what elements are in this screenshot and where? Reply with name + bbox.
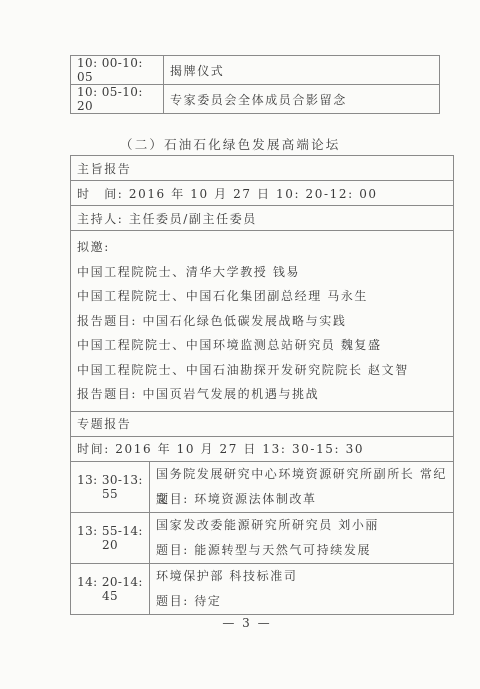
slot-speaker: 国务院发展研究中心环境资源研究所副所长 常纪文 (156, 462, 453, 487)
invite-line: 中国工程院院士、中国石化集团副总经理 马永生 (77, 284, 453, 309)
section-title: （二）石油石化绿色发展高端论坛 (120, 135, 341, 153)
page-number: — 3 — (0, 616, 480, 630)
slot-body: 国家发改委能源研究所研究员 刘小丽 题目: 能源转型与天然气可持续发展 (150, 512, 454, 563)
schedule-item: 揭牌仪式 (164, 56, 440, 85)
schedule-item: 专家委员会全体成员合影留念 (164, 85, 440, 114)
keynote-time: 时 间: 2016 年 10 月 27 日 10: 20-12: 00 (71, 181, 454, 206)
table-row: 13: 55-14: 20 国家发改委能源研究所研究员 刘小丽 题目: 能源转型… (71, 512, 454, 563)
table-row: 10: 00-10: 05 揭牌仪式 (71, 56, 440, 85)
table-row: 主持人: 主任委员/副主任委员 (71, 206, 454, 231)
slot-body: 环境保护部 科技标准司 题目: 待定 (150, 563, 454, 614)
forum-schedule-table: 主旨报告 时 间: 2016 年 10 月 27 日 10: 20-12: 00… (70, 155, 454, 615)
opening-schedule-table: 10: 00-10: 05 揭牌仪式 10: 05-10: 20 专家委员会全体… (70, 55, 440, 114)
schedule-time: 10: 05-10: 20 (71, 85, 164, 114)
table-row: 主旨报告 (71, 156, 454, 181)
invite-line: 中国工程院院士、中国环境监测总站研究员 魏复盛 (77, 333, 453, 358)
invite-line: 中国工程院院士、清华大学教授 钱易 (77, 260, 453, 285)
table-row: 专题报告 (71, 411, 454, 436)
schedule-time: 10: 00-10: 05 (71, 56, 164, 85)
keynote-host: 主持人: 主任委员/副主任委员 (71, 206, 454, 231)
slot-body: 国务院发展研究中心环境资源研究所副所长 常纪文 题目: 环境资源法体制改革 (150, 461, 454, 512)
slot-topic: 题目: 待定 (156, 589, 453, 614)
invite-line: 报告题目: 中国页岩气发展的机遇与挑战 (77, 382, 453, 407)
table-row: 时间: 2016 年 10 月 27 日 13: 30-15: 30 (71, 436, 454, 461)
table-row: 13: 30-13: 55 国务院发展研究中心环境资源研究所副所长 常纪文 题目… (71, 461, 454, 512)
special-time: 时间: 2016 年 10 月 27 日 13: 30-15: 30 (71, 436, 454, 461)
table-row: 10: 05-10: 20 专家委员会全体成员合影留念 (71, 85, 440, 114)
slot-time: 13: 55-14: 20 (71, 512, 150, 563)
slot-speaker: 环境保护部 科技标准司 (156, 564, 453, 589)
table-row: 14: 20-14: 45 环境保护部 科技标准司 题目: 待定 (71, 563, 454, 614)
slot-time: 14: 20-14: 45 (71, 563, 150, 614)
document-page: 10: 00-10: 05 揭牌仪式 10: 05-10: 20 专家委员会全体… (0, 0, 480, 689)
special-header: 专题报告 (71, 411, 454, 436)
slot-time: 13: 30-13: 55 (71, 461, 150, 512)
table-row: 时 间: 2016 年 10 月 27 日 10: 20-12: 00 (71, 181, 454, 206)
table-row: 拟邀: 中国工程院院士、清华大学教授 钱易 中国工程院院士、中国石化集团副总经理… (71, 231, 454, 412)
invite-label: 拟邀: (77, 235, 453, 260)
invite-line: 中国工程院院士、中国石油勘探开发研究院院长 赵文智 (77, 358, 453, 383)
slot-speaker: 国家发改委能源研究所研究员 刘小丽 (156, 513, 453, 538)
slot-topic: 题目: 能源转型与天然气可持续发展 (156, 538, 453, 563)
invite-line: 报告题目: 中国石化绿色低碳发展战略与实践 (77, 309, 453, 334)
keynote-header: 主旨报告 (71, 156, 454, 181)
slot-topic: 题目: 环境资源法体制改革 (156, 487, 453, 512)
invited-speakers-cell: 拟邀: 中国工程院院士、清华大学教授 钱易 中国工程院院士、中国石化集团副总经理… (71, 231, 454, 412)
